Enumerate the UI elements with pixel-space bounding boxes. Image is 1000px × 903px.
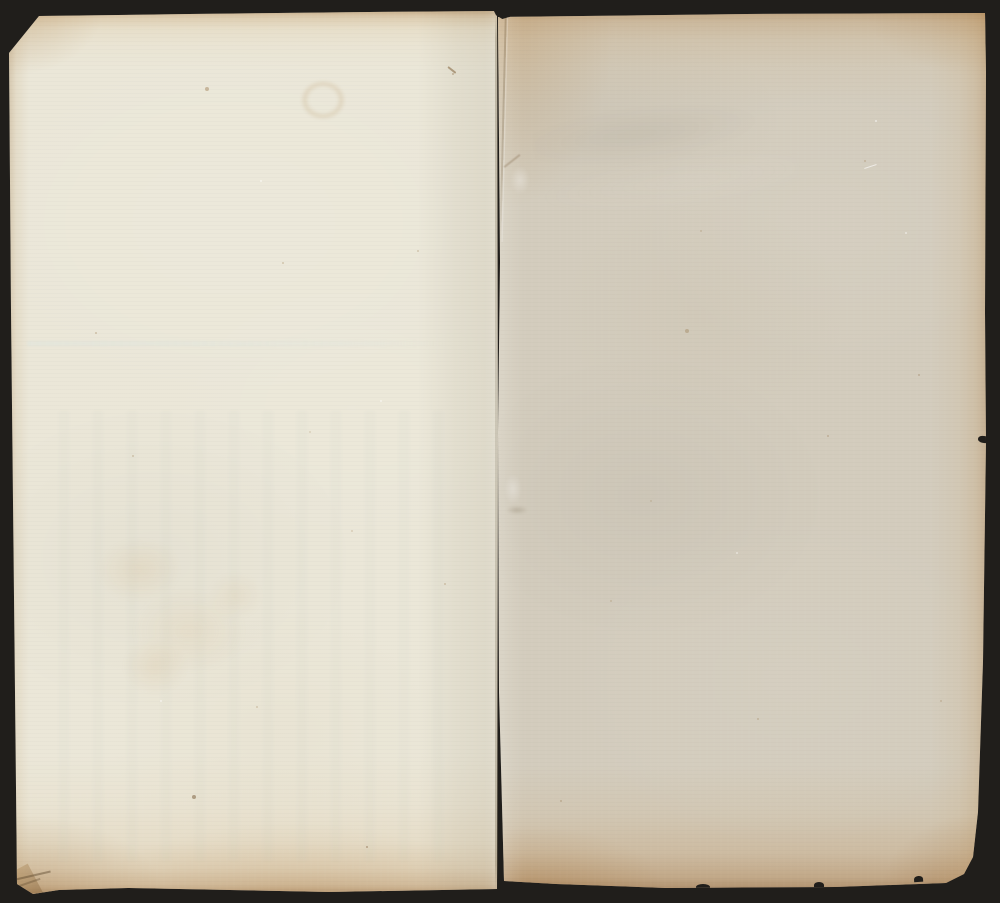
paper-texture <box>9 11 498 894</box>
gutter-crease <box>499 17 506 242</box>
left-page <box>9 11 498 894</box>
paper-fiber <box>864 164 877 169</box>
bottom-edge-nick <box>914 876 923 883</box>
right-edge-tear <box>978 435 991 444</box>
stain-blotches <box>79 526 279 701</box>
right-page <box>496 12 989 891</box>
bottom-edge-nick <box>696 884 710 890</box>
paper-specks <box>9 11 11 13</box>
crease-highlight <box>500 467 526 511</box>
paper-mottling <box>496 12 989 891</box>
corner-fold-crease <box>11 871 50 881</box>
paper-wrinkle <box>529 77 803 238</box>
paper-texture <box>496 12 989 891</box>
stain-ring <box>297 77 349 123</box>
corner-fold-crease <box>10 878 41 890</box>
crease-shadow <box>502 504 532 516</box>
bleedthrough-columns <box>59 411 459 861</box>
crease-highlight <box>506 160 534 200</box>
paper-mottling <box>9 11 498 894</box>
gutter-crease-diagonal <box>504 154 521 168</box>
book-scan <box>0 0 1000 903</box>
paper-fiber <box>448 66 457 73</box>
bottom-edge-nick <box>814 882 824 888</box>
pale-band <box>27 341 447 346</box>
corner-fold <box>9 861 43 894</box>
